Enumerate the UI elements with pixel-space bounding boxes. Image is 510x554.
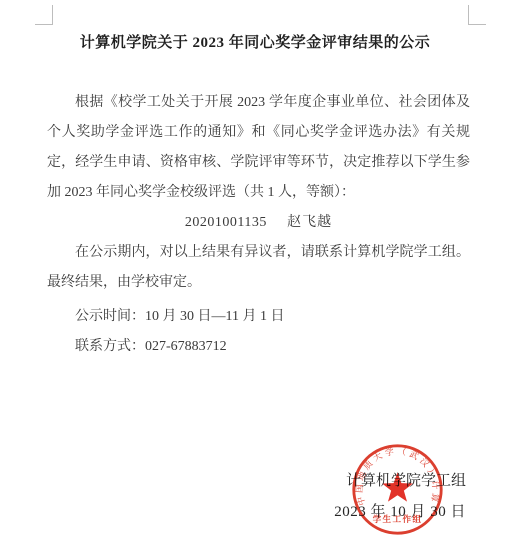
paragraph-basis: 根据《校学工处关于开展 2023 学年度企事业单位、社会团体及个人奖助学金评选工… [47,88,470,208]
seal-ring-text: 中国地质大学（武汉）计算机学院 [350,442,442,507]
student-id: 20201001135 [185,215,267,230]
publicity-time-line: 公示时间：10 月 30 日—11 月 1 日 [47,302,470,332]
seal-star-icon [382,472,413,501]
student-name: 赵飞越 [287,215,332,230]
paragraph-objection: 在公示期内，对以上结果有异议者，请联系计算机学院学工组。最终结果，由学校审定。 [47,238,470,298]
page-margin-mark-top-left [35,5,53,25]
seal-banner-text: 学生工作组 [373,513,423,524]
page-margin-mark-top-right [468,5,486,25]
student-result-line: 20201001135 赵飞越 [47,208,470,238]
document-body: 根据《校学工处关于开展 2023 学年度企事业单位、社会团体及个人奖助学金评选工… [47,88,470,362]
page-title: 计算机学院关于 2023 年同心奖学金评审结果的公示 [0,0,510,52]
official-seal-stamp-icon: 中国地质大学（武汉）计算机学院 学生工作组 [350,442,445,537]
contact-line: 联系方式：027-67883712 [47,332,470,362]
document-page: 计算机学院关于 2023 年同心奖学金评审结果的公示 根据《校学工处关于开展 2… [0,0,510,554]
